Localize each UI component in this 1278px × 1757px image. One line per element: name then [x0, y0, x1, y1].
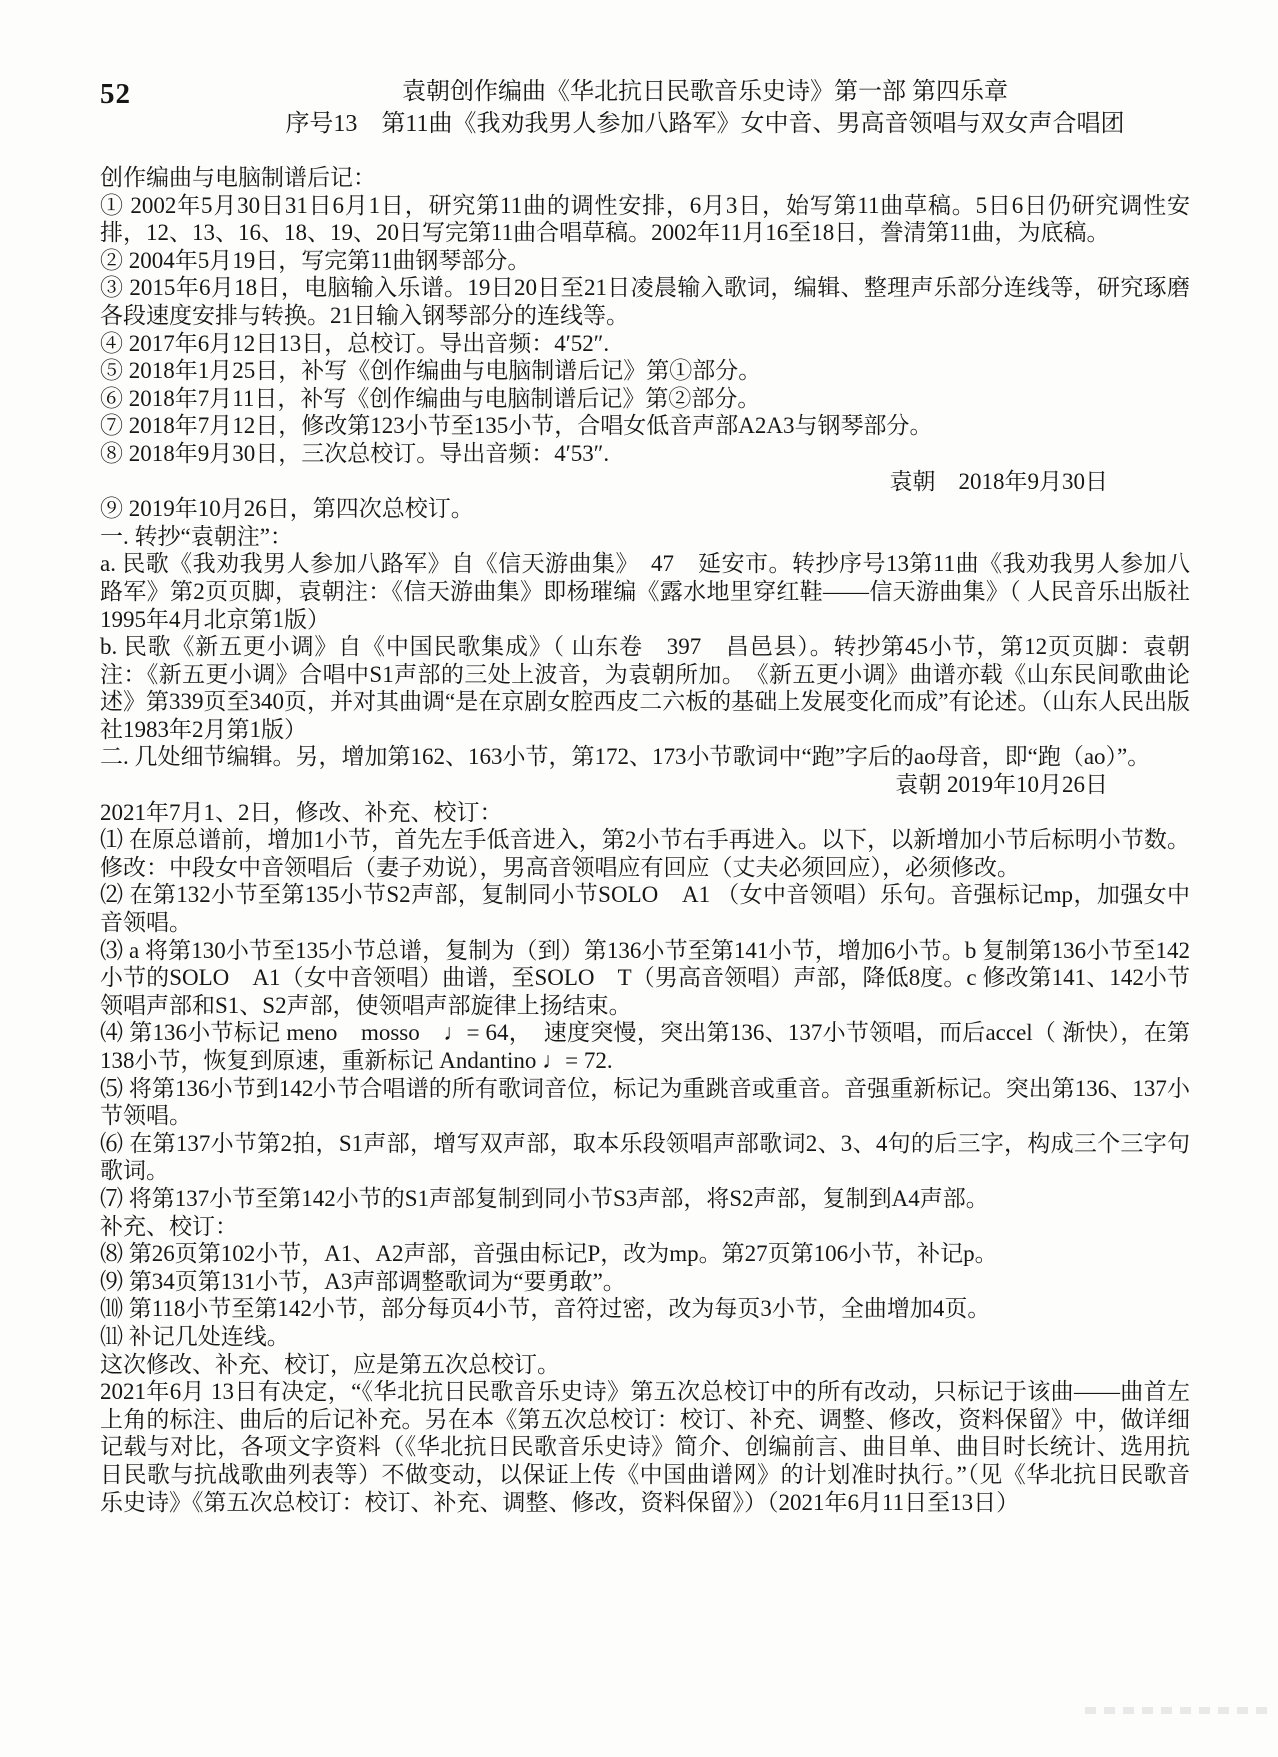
paragraph: ⑴ 在原总谱前，增加1小节，首先左手低音进入，第2小节右手再进入。以下，以新增加… [100, 826, 1190, 881]
paragraph: ⑵ 在第132小节至第135小节S2声部，复制同小节SOLO A1 （女中音领唱… [100, 881, 1190, 936]
paragraph: 2021年6月 13日有决定，“《华北抗日民歌音乐史诗》第五次总校订中的所有改动… [100, 1378, 1190, 1516]
paragraph: ③ 2015年6月18日，电脑输入乐谱。19日20日至21日凌晨输入歌词，编辑、… [100, 274, 1190, 329]
paragraph: ⑷ 第136小节标记 meno mosso ♩= 64， 速度突慢，突出第136… [100, 1019, 1190, 1074]
paragraph: ⑻ 第26页第102小节，A1、A2声部，音强由标记P，改为mp。第27页第10… [100, 1240, 1190, 1268]
paragraph: ⑾ 补记几处连线。 [100, 1323, 1190, 1351]
paragraph: ② 2004年5月19日，写完第11曲钢琴部分。 [100, 247, 1190, 275]
paragraph: 二. 几处细节编辑。另，增加第162、163小节，第172、173小节歌词中“跑… [100, 743, 1190, 771]
document-title: 袁朝创作编曲《华北抗日民歌音乐史诗》第一部 第四乐章 [165, 76, 1245, 108]
paragraph: 2021年7月1、2日，修改、补充、校订： [100, 799, 1190, 827]
paragraph: 一. 转抄“袁朝注”： [100, 523, 1190, 551]
watermark-smudge [1085, 1707, 1275, 1714]
paragraph: 补充、校订： [100, 1213, 1190, 1241]
paragraph: ⑦ 2018年7月12日，修改第123小节至135小节，合唱女低音声部A2A3与… [100, 412, 1190, 440]
paragraph: ⑺ 将第137小节至第142小节的S1声部复制到同小节S3声部，将S2声部，复制… [100, 1185, 1190, 1213]
paragraph: ⑹ 在第137小节第2拍，S1声部，增写双声部，取本乐段领唱声部歌词2、3、4句… [100, 1130, 1190, 1185]
page-number: 52 [100, 78, 131, 111]
paragraph: ⑼ 第34页第131小节，A3声部调整歌词为“要勇敢”。 [100, 1268, 1190, 1296]
signature-line: 袁朝 2019年10月26日 [100, 771, 1190, 799]
paragraph: b. 民歌《新五更小调》自《中国民歌集成》（ 山东卷 397 昌邑县）。转抄第4… [100, 633, 1190, 743]
paragraph: ⑶ a 将第130小节至135小节总谱，复制为（到）第136小节至第141小节，… [100, 937, 1190, 1020]
document-subtitle: 序号13 第11曲《我劝我男人参加八路军》女中音、男高音领唱与双女声合唱团 [165, 108, 1245, 140]
body-text: 创作编曲与电脑制谱后记：① 2002年5月30日31日6月1日，研究第11曲的调… [100, 164, 1190, 1516]
paragraph: ④ 2017年6月12日13日，总校订。导出音频：4′52″. [100, 330, 1190, 358]
paragraph: a. 民歌《我劝我男人参加八路军》自《信天游曲集》 47 延安市。转抄序号13第… [100, 550, 1190, 633]
paragraph: 创作编曲与电脑制谱后记： [100, 164, 1190, 192]
document-header: 袁朝创作编曲《华北抗日民歌音乐史诗》第一部 第四乐章 序号13 第11曲《我劝我… [165, 76, 1245, 140]
document-page: 52 袁朝创作编曲《华北抗日民歌音乐史诗》第一部 第四乐章 序号13 第11曲《… [0, 0, 1278, 1757]
paragraph: ① 2002年5月30日31日6月1日，研究第11曲的调性安排，6月3日，始写第… [100, 192, 1190, 247]
paragraph: ⑥ 2018年7月11日，补写《创作编曲与电脑制谱后记》第②部分。 [100, 385, 1190, 413]
paragraph: ⑸ 将第136小节到142小节合唱谱的所有歌词音位，标记为重跳音或重音。音强重新… [100, 1075, 1190, 1130]
paragraph: ⑽ 第118小节至第142小节，部分每页4小节，音符过密，改为每页3小节，全曲增… [100, 1295, 1190, 1323]
signature-line: 袁朝 2018年9月30日 [100, 468, 1190, 496]
paragraph: ⑨ 2019年10月26日，第四次总校订。 [100, 495, 1190, 523]
paragraph: 这次修改、补充、校订，应是第五次总校订。 [100, 1351, 1190, 1379]
paragraph: ⑤ 2018年1月25日，补写《创作编曲与电脑制谱后记》第①部分。 [100, 357, 1190, 385]
paragraph: ⑧ 2018年9月30日，三次总校订。导出音频：4′53″. [100, 440, 1190, 468]
